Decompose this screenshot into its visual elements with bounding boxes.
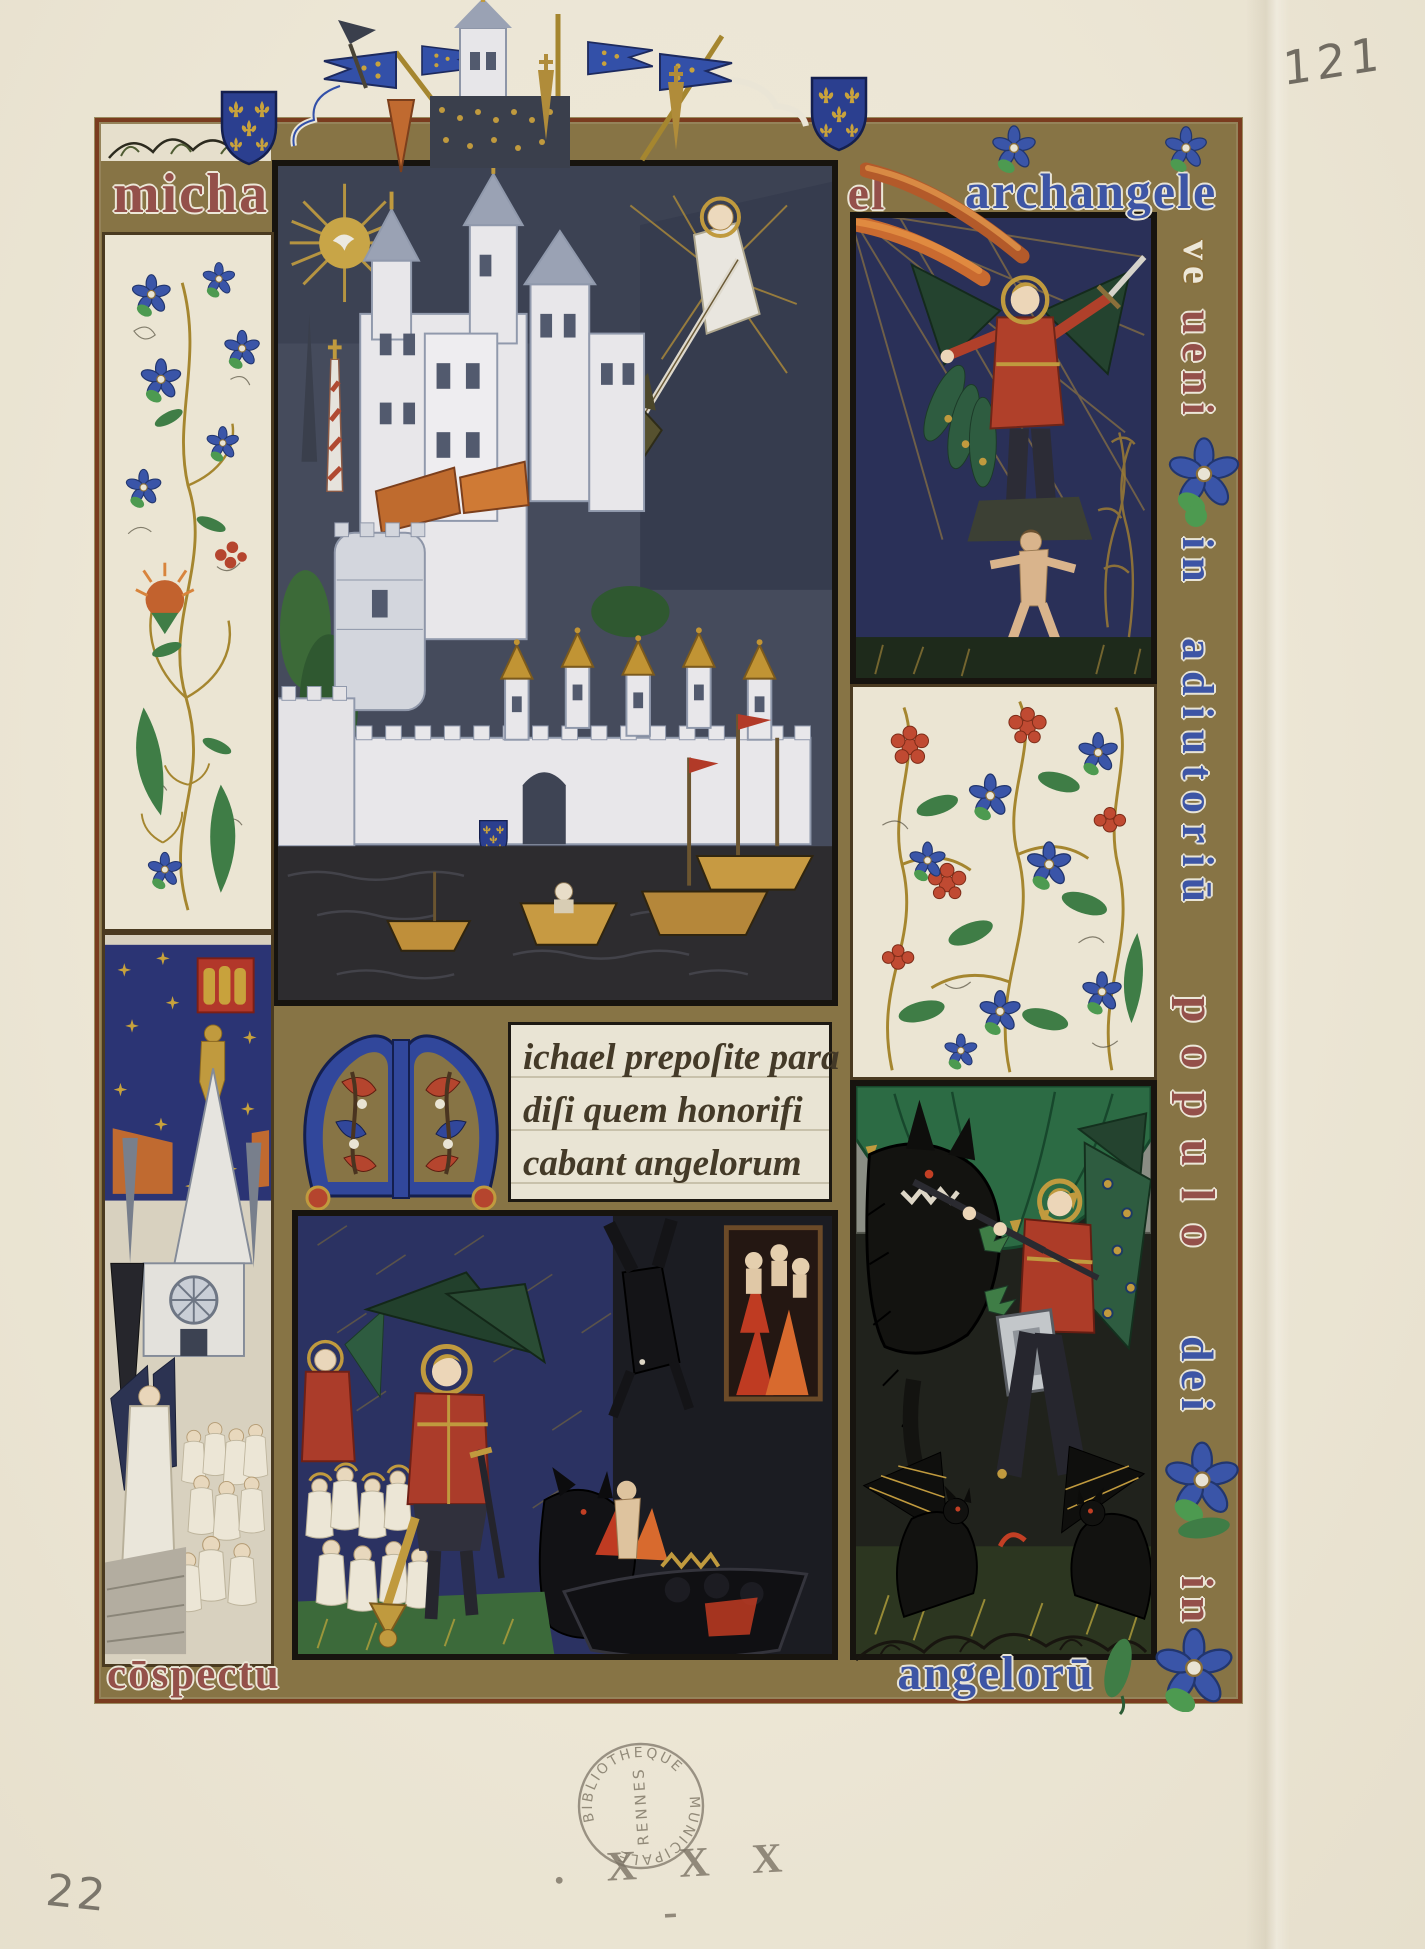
border-word-populo: populo [1158,968,1236,1298]
cornflower-icon [984,120,1044,176]
rubric-line-3: cabant angelorum [523,1137,819,1190]
manuscript-page: micha el archangele cōspectu angelorū ve… [0,0,1425,1949]
pennant-flag-icon [588,42,653,74]
collation-mark: . X X X - [550,1834,805,1943]
stamp-arc-top: BIBLIOTHEQUE [561,1728,693,1827]
castle-scene [278,166,832,1000]
procession-of-souls [174,1423,267,1612]
miniature-michael-spearing-demon [850,1080,1157,1660]
decorated-initial-M [292,1012,510,1210]
page-crease [1246,0,1290,1949]
rubric-line-2: diſi quem honorifi [523,1084,819,1137]
miniature-shrine-and-souls [102,932,274,1667]
streamer [293,86,340,146]
illuminated-border-block: micha el archangele cōspectu angelorū [95,118,1242,1703]
border-word-adiutorium: adiutoriū [1158,606,1236,946]
border-word-veni: ueni [1158,296,1236,436]
stamp-center: RENNES [629,1766,652,1846]
miniature-mont-saint-michel [272,160,838,1006]
red-floret [215,541,247,568]
cornflower-icon [1156,120,1216,176]
cornflower-icon [1156,1436,1244,1546]
quire-number: 22 [44,1865,111,1922]
france-shield-icon [812,78,866,150]
rose-window [171,1277,217,1323]
border-word-in-1: in [1158,528,1236,598]
miniature-fall-of-rebel-angel [850,212,1157,684]
miniature-michael-angels-hell [292,1210,838,1660]
curtain-wall [292,726,811,844]
cornflower-icon [1146,1628,1240,1712]
rubric-text-block: ichael prepoſite para diſi quem honorifi… [508,1022,832,1202]
doorway-of-souls [726,1228,820,1399]
border-word-dei: dei [1158,1322,1236,1432]
france-shield-icon [222,92,276,164]
svg-text:BIBLIOTHEQUE: BIBLIOTHEQUE [561,1728,693,1827]
border-floral-left [102,232,274,932]
folio-number: 121 [1281,26,1385,96]
dark-pennant-icon [338,20,376,44]
round-tower [335,523,425,710]
green-leaf-ornament [1098,1632,1142,1716]
streamer [732,80,806,126]
border-word-conspectu: cōspectu [107,1650,279,1699]
cornflower-icon [1160,428,1244,532]
cathedral-top [388,0,684,172]
border-floral-right [850,684,1157,1080]
top-ornaments [190,0,890,175]
rubric-line-1: ichael prepoſite para [523,1031,819,1084]
